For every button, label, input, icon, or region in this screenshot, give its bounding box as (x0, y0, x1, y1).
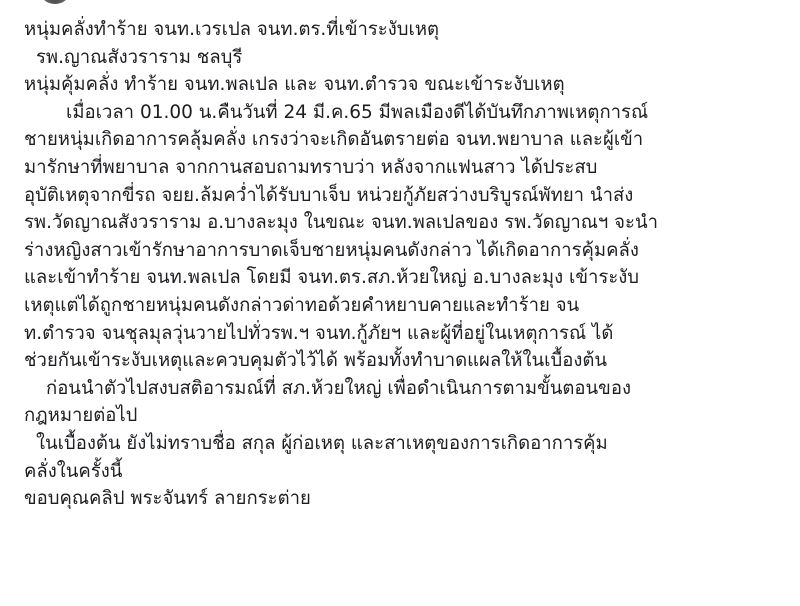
body-line: ชายหนุ่มเกิดอาการคลุ้มคลั่ง เกรงว่าจะเกิ… (24, 126, 794, 154)
headline-line: รพ.ญาณสังวราราม ชลบุรี (24, 44, 794, 72)
body-line: ท.ตำรวจ จนชุลมุลวุ่นวายไปทั่วรพ.ฯ จนท.กู… (24, 320, 794, 348)
author-avatar[interactable] (40, 0, 70, 4)
body-line: ช่วยกันเข้าระงับเหตุและควบคุมตัวไว้ได้ พ… (24, 347, 794, 375)
body-line: ในเบื้องต้น ยังไม่ทราบชื่อ สกุล ผู้ก่อเห… (24, 430, 794, 458)
post-text: หนุ่มคลั่งทำร้าย จนท.เวรเปล จนท.ตร.ที่เข… (24, 16, 794, 513)
body-line: เหตุแต่ได้ถูกชายหนุ่มคนดังกล่าวด่าทอด้วย… (24, 292, 794, 320)
body-line: และเข้าทำร้าย จนท.พลเปล โดยมี จนท.ตร.สภ.… (24, 264, 794, 292)
body-line: มารักษาที่พยาบาล จากกานสอบถามทราบว่า หลั… (24, 154, 794, 182)
headline-line: หนุ่มคลั่งทำร้าย จนท.เวรเปล จนท.ตร.ที่เข… (24, 16, 794, 44)
headline-line: หนุ่มคุ้มคลั่ง ทำร้าย จนท.พลเปล และ จนท.… (24, 71, 794, 99)
body-line: ก่อนนำตัวไปสงบสติอารมณ์ที่ สภ.ห้วยใหญ่ เ… (24, 375, 794, 403)
body-line: เมื่อเวลา 01.00 น.คืนวันที่ 24 มี.ค.65 ม… (24, 99, 794, 127)
body-line: กฎหมายต่อไป (24, 402, 794, 430)
credit-line: ขอบคุณคลิป พระจันทร์ ลายกระต่าย (24, 485, 794, 513)
body-line: ร่างหญิงสาวเข้ารักษาอาการบาดเจ็บชายหนุ่ม… (24, 237, 794, 265)
body-line: รพ.วัดญาณสังวราราม อ.บางละมุง ในขณะ จนท.… (24, 209, 794, 237)
body-line: อุบัติเหตุจากขี่รถ จยย.ล้มคว่ำได้รับบาเจ… (24, 182, 794, 210)
body-line: คลั่งในครั้งนี้ (24, 458, 794, 486)
